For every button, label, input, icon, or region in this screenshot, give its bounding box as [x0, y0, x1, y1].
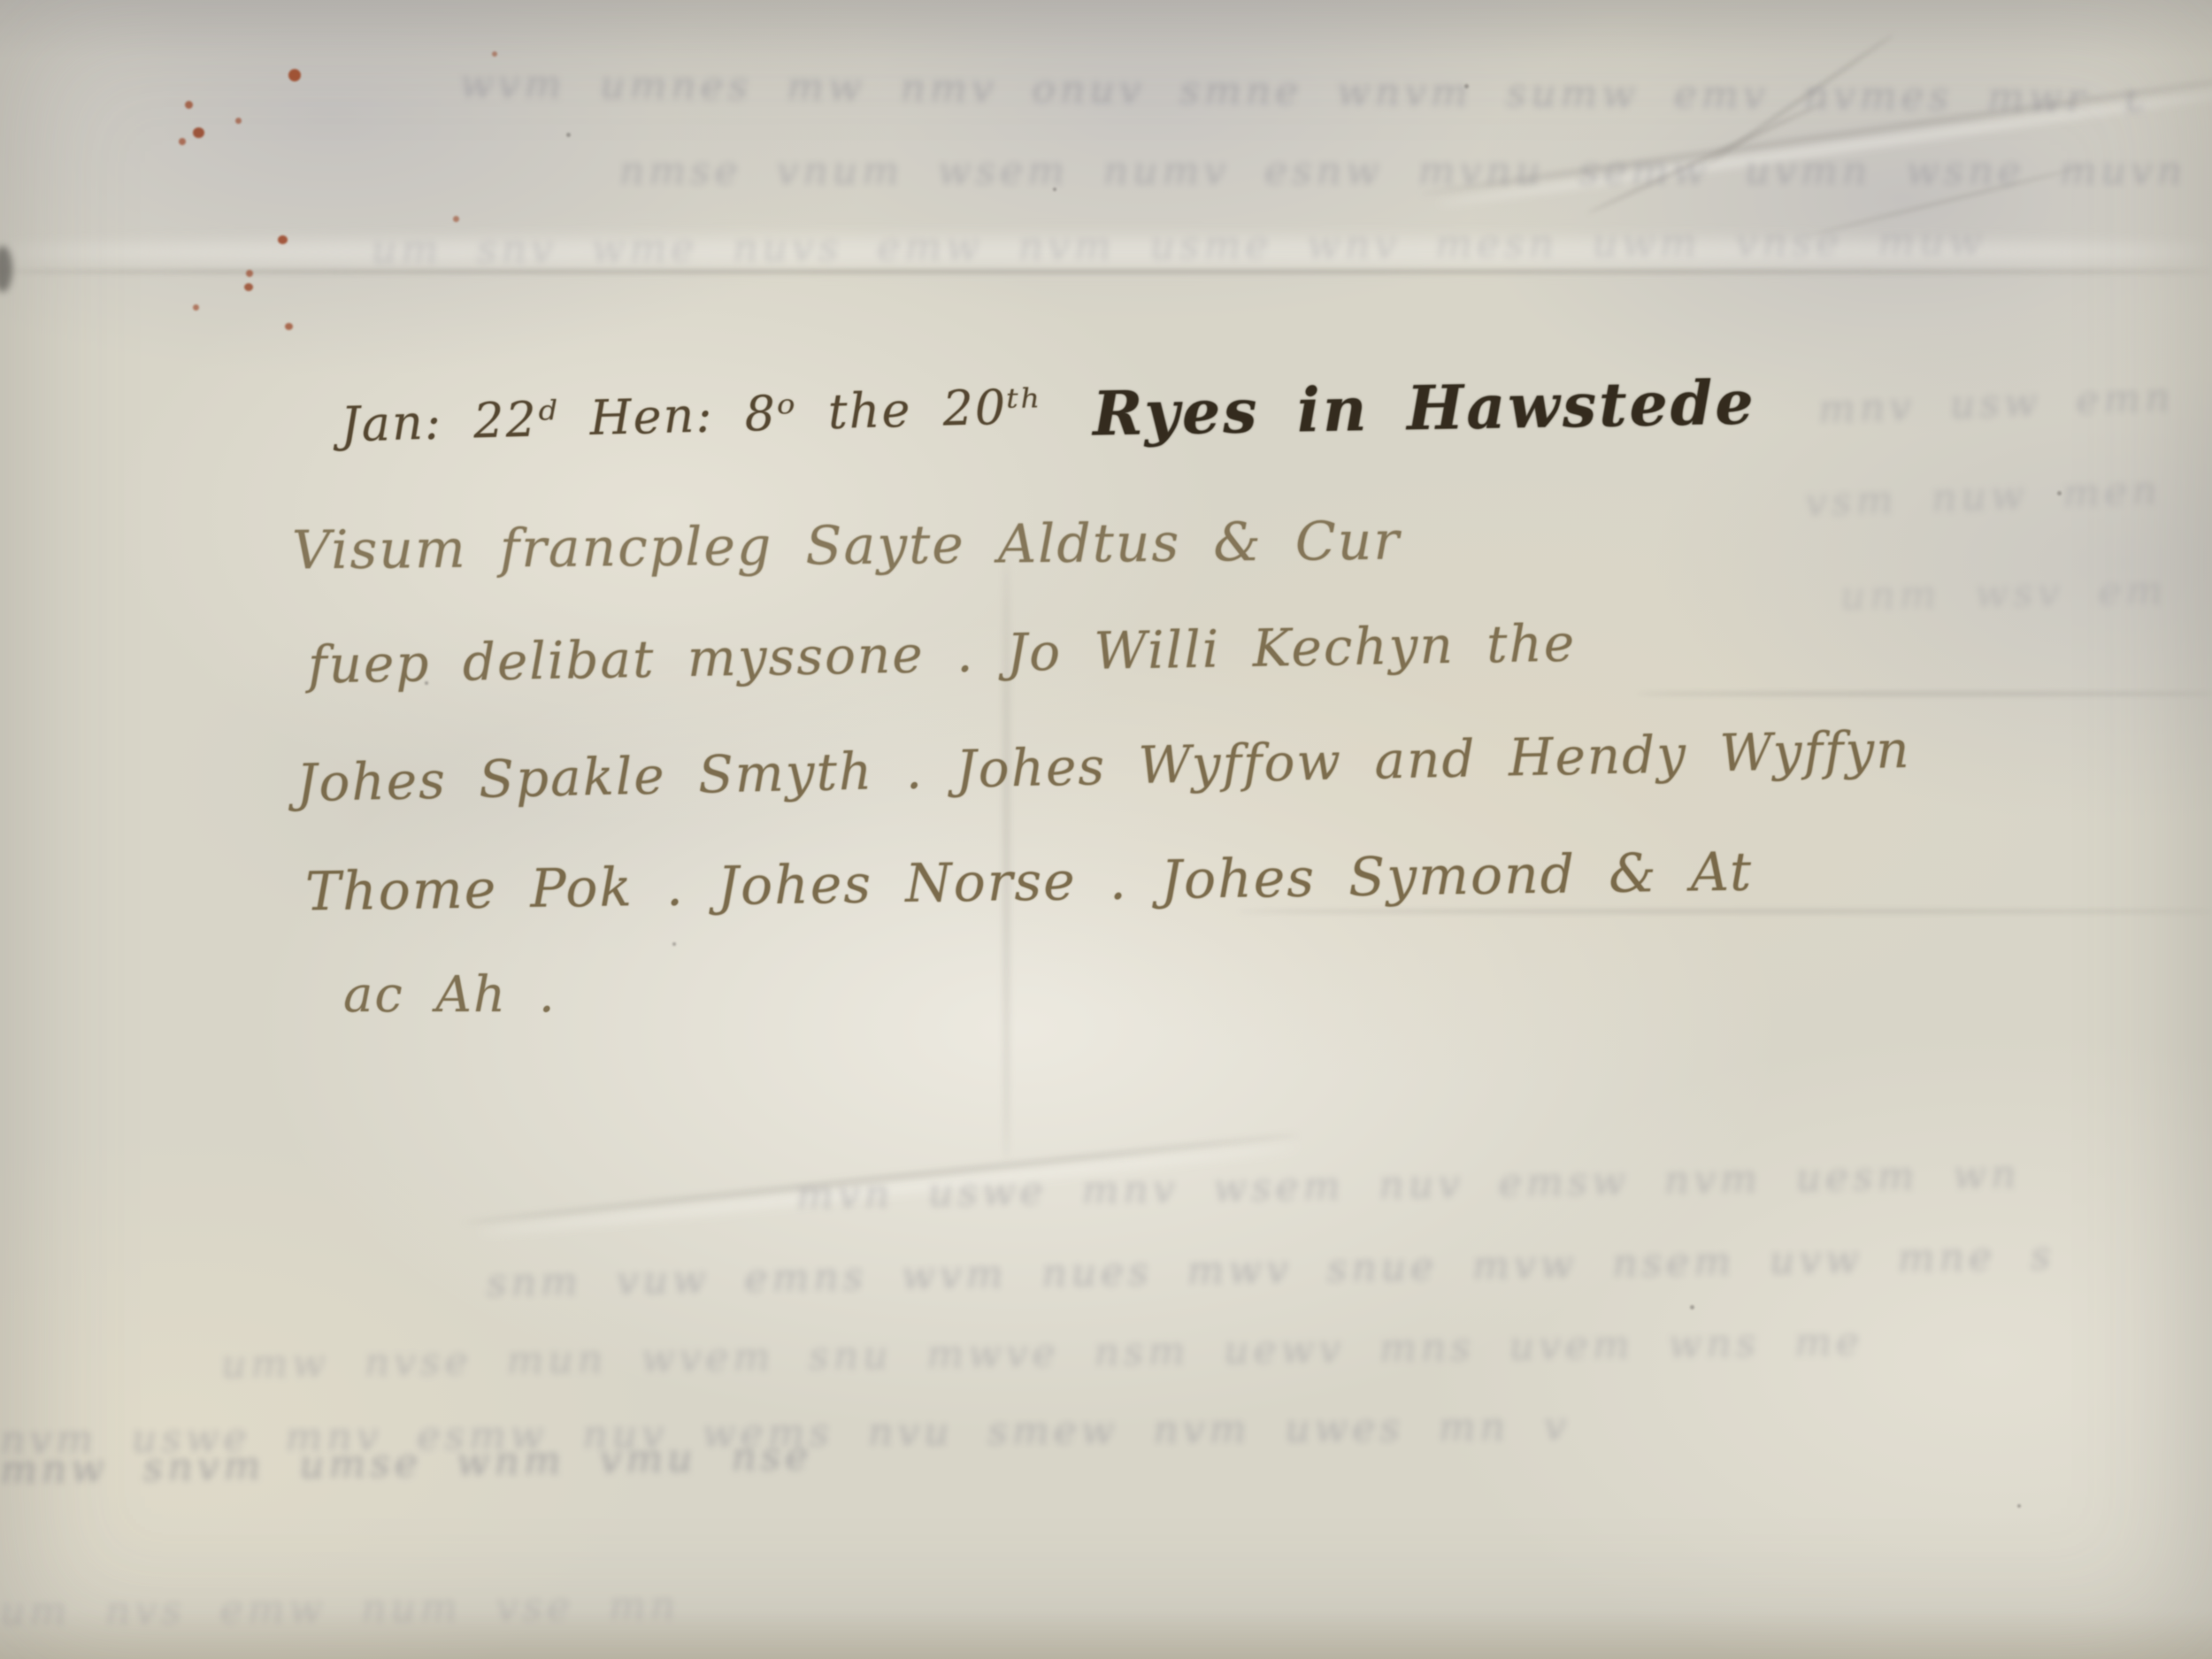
rust-stain-spot — [278, 235, 288, 244]
ghost-text-line: um nvs emw num vse mn — [0, 1582, 885, 1635]
rust-stain-spot — [185, 101, 193, 109]
ghost-text-line: nmse vnum wsem numv esnw mvnu semw uvmn … — [619, 149, 2194, 194]
ghost-text-line: snm vuw emns wvm nues mwv snue mvw nsem … — [487, 1231, 2212, 1306]
crease-right-2 — [1239, 910, 2212, 913]
rust-stain-spot — [285, 323, 293, 330]
ghost-text-line: umw nvse mun wvem snu mwve nsm uewv mns … — [221, 1316, 2124, 1387]
ghost-text-line: vsm nuw men — [1804, 466, 2212, 526]
ghost-text-line: mvn uswe mnv wsem nuv emsw nvm uesm wn — [796, 1148, 2212, 1218]
rust-stain-spot — [288, 69, 301, 81]
rust-stain-spot — [244, 283, 253, 291]
ghost-text-line: unm wsv em — [1840, 567, 2212, 618]
rust-stain-spot — [246, 270, 253, 277]
parchment-photo: wvm umnes mw nmv onuv smne wnvm sumw emv… — [0, 0, 2212, 1659]
rust-stain-spot — [453, 216, 459, 222]
heading-date: Jan: 22ᵈ Hen: 8ᵒ the 20ᵗʰ — [340, 379, 1043, 453]
rust-stain-spot — [193, 304, 199, 311]
speck — [2017, 1504, 2021, 1508]
ink-line-1: Visum francpleg Sayte Aldtus & Cur — [292, 511, 1402, 582]
ink-line-2: fuep delibat myssone . Jo Willi Kechyn t… — [308, 612, 1577, 695]
ghost-text-line: wvm umnes mw nmv onuv smne wnvm sumw emv… — [460, 62, 2141, 122]
speck — [672, 942, 676, 946]
rust-stain-spot — [179, 138, 186, 145]
speck — [1690, 1305, 1694, 1310]
ghost-text-line: mnv usw emn — [1817, 373, 2212, 432]
ink-line-5: ac Ah . — [343, 966, 557, 1024]
heading-place: Ryes in Hawstede — [1092, 367, 1756, 449]
rust-stain-spot — [235, 118, 242, 124]
ghost-text-line: um snv wme nuvs emw nvm usme wnv mesn uw… — [372, 219, 2141, 273]
fold-line-horizontal — [0, 270, 2212, 273]
rust-stain-spot — [492, 51, 497, 57]
rust-stain-spot — [193, 127, 204, 138]
ink-line-3: Johes Spakle Smyth . Johes Wyffow and He… — [296, 719, 1911, 813]
crease-right-1 — [1637, 692, 2212, 695]
speck — [566, 133, 571, 137]
